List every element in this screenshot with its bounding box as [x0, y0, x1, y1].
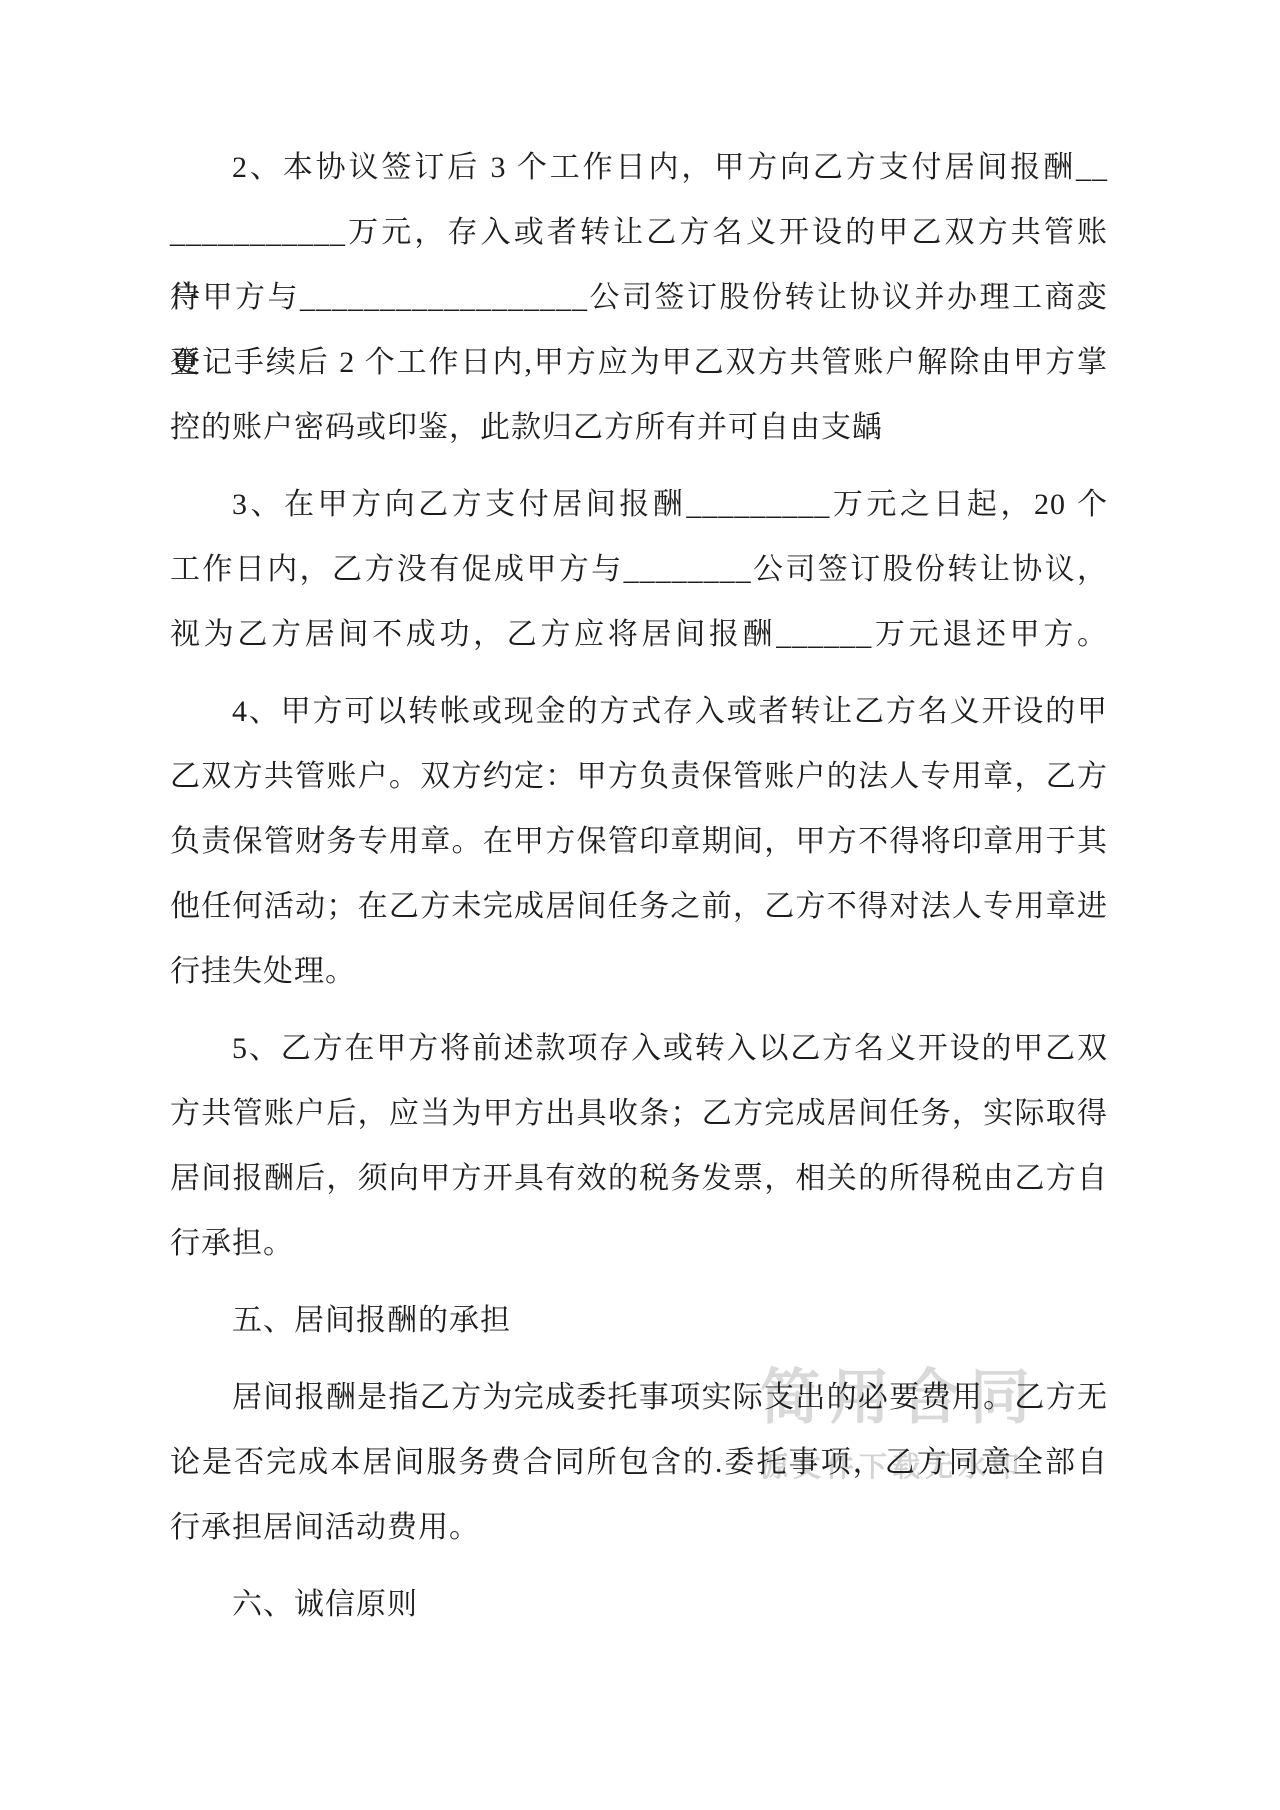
text-line: 3、在甲方向乙方支付居间报酬_________万元之日起，20 个: [170, 472, 1108, 537]
text-line: 5、乙方在甲方将前述款项存入或转入以乙方名义开设的甲乙双: [170, 1016, 1108, 1081]
document-body: 2、本协议签订后 3 个工作日内，甲方向乙方支付居间报酬__ _________…: [170, 135, 1108, 1649]
clause-3: 3、在甲方向乙方支付居间报酬_________万元之日起，20 个 工作日内，乙…: [170, 472, 1108, 667]
text-line: 视为乙方居间不成功，乙方应将居间报酬______万元退还甲方。: [170, 602, 1108, 667]
text-line: 居间报酬是指乙方为完成委托事项实际支出的必要费用。乙方无: [170, 1365, 1108, 1430]
text-line: 登记手续后 2 个工作日内,甲方应为甲乙双方共管账户解除由甲方掌: [170, 330, 1108, 395]
text-line: ___________万元，存入或者转让乙方名义开设的甲乙双方共管账户。: [170, 200, 1108, 265]
section-5-heading: 五、居间报酬的承担: [170, 1288, 1108, 1353]
clause-2: 2、本协议签订后 3 个工作日内，甲方向乙方支付居间报酬__ _________…: [170, 135, 1108, 460]
heading-line: 六、诚信原则: [170, 1572, 1108, 1637]
text-line: 乙双方共管账户。双方约定：甲方负责保管账户的法人专用章，乙方: [170, 744, 1108, 809]
text-line: 论是否完成本居间服务费合同所包含的.委托事项，乙方同意全部自: [170, 1430, 1108, 1495]
text-line: 行挂失处理。: [170, 939, 1108, 1004]
text-line: 工作日内，乙方没有促成甲方与________公司签订股份转让协议，: [170, 537, 1108, 602]
section-5-body: 居间报酬是指乙方为完成委托事项实际支出的必要费用。乙方无 论是否完成本居间服务费…: [170, 1365, 1108, 1560]
text-line: 行承担居间活动费用。: [170, 1495, 1108, 1560]
text-line: 4、甲方可以转帐或现金的方式存入或者转让乙方名义开设的甲: [170, 679, 1108, 744]
text-line: 负责保管财务专用章。在甲方保管印章期间，甲方不得将印章用于其: [170, 809, 1108, 874]
text-line: 控的账户密码或印鉴，此款归乙方所有并可自由支龋: [170, 395, 1108, 460]
text-line: 居间报酬后，须向甲方开具有效的税务发票，相关的所得税由乙方自: [170, 1146, 1108, 1211]
heading-line: 五、居间报酬的承担: [170, 1288, 1108, 1353]
text-line: 待甲方与__________________公司签订股份转让协议并办理工商变更: [170, 265, 1108, 330]
section-6-heading: 六、诚信原则: [170, 1572, 1108, 1637]
text-line: 他任何活动；在乙方未完成居间任务之前，乙方不得对法人专用章进: [170, 874, 1108, 939]
text-line: 方共管账户后，应当为甲方出具收条；乙方完成居间任务，实际取得: [170, 1081, 1108, 1146]
clause-4: 4、甲方可以转帐或现金的方式存入或者转让乙方名义开设的甲 乙双方共管账户。双方约…: [170, 679, 1108, 1004]
document-page: 简用合同 源文件下载无水印 2、本协议签订后 3 个工作日内，甲方向乙方支付居间…: [0, 0, 1280, 1810]
text-line: 行承担。: [170, 1211, 1108, 1276]
text-line: 2、本协议签订后 3 个工作日内，甲方向乙方支付居间报酬__: [170, 135, 1108, 200]
clause-5: 5、乙方在甲方将前述款项存入或转入以乙方名义开设的甲乙双 方共管账户后，应当为甲…: [170, 1016, 1108, 1276]
